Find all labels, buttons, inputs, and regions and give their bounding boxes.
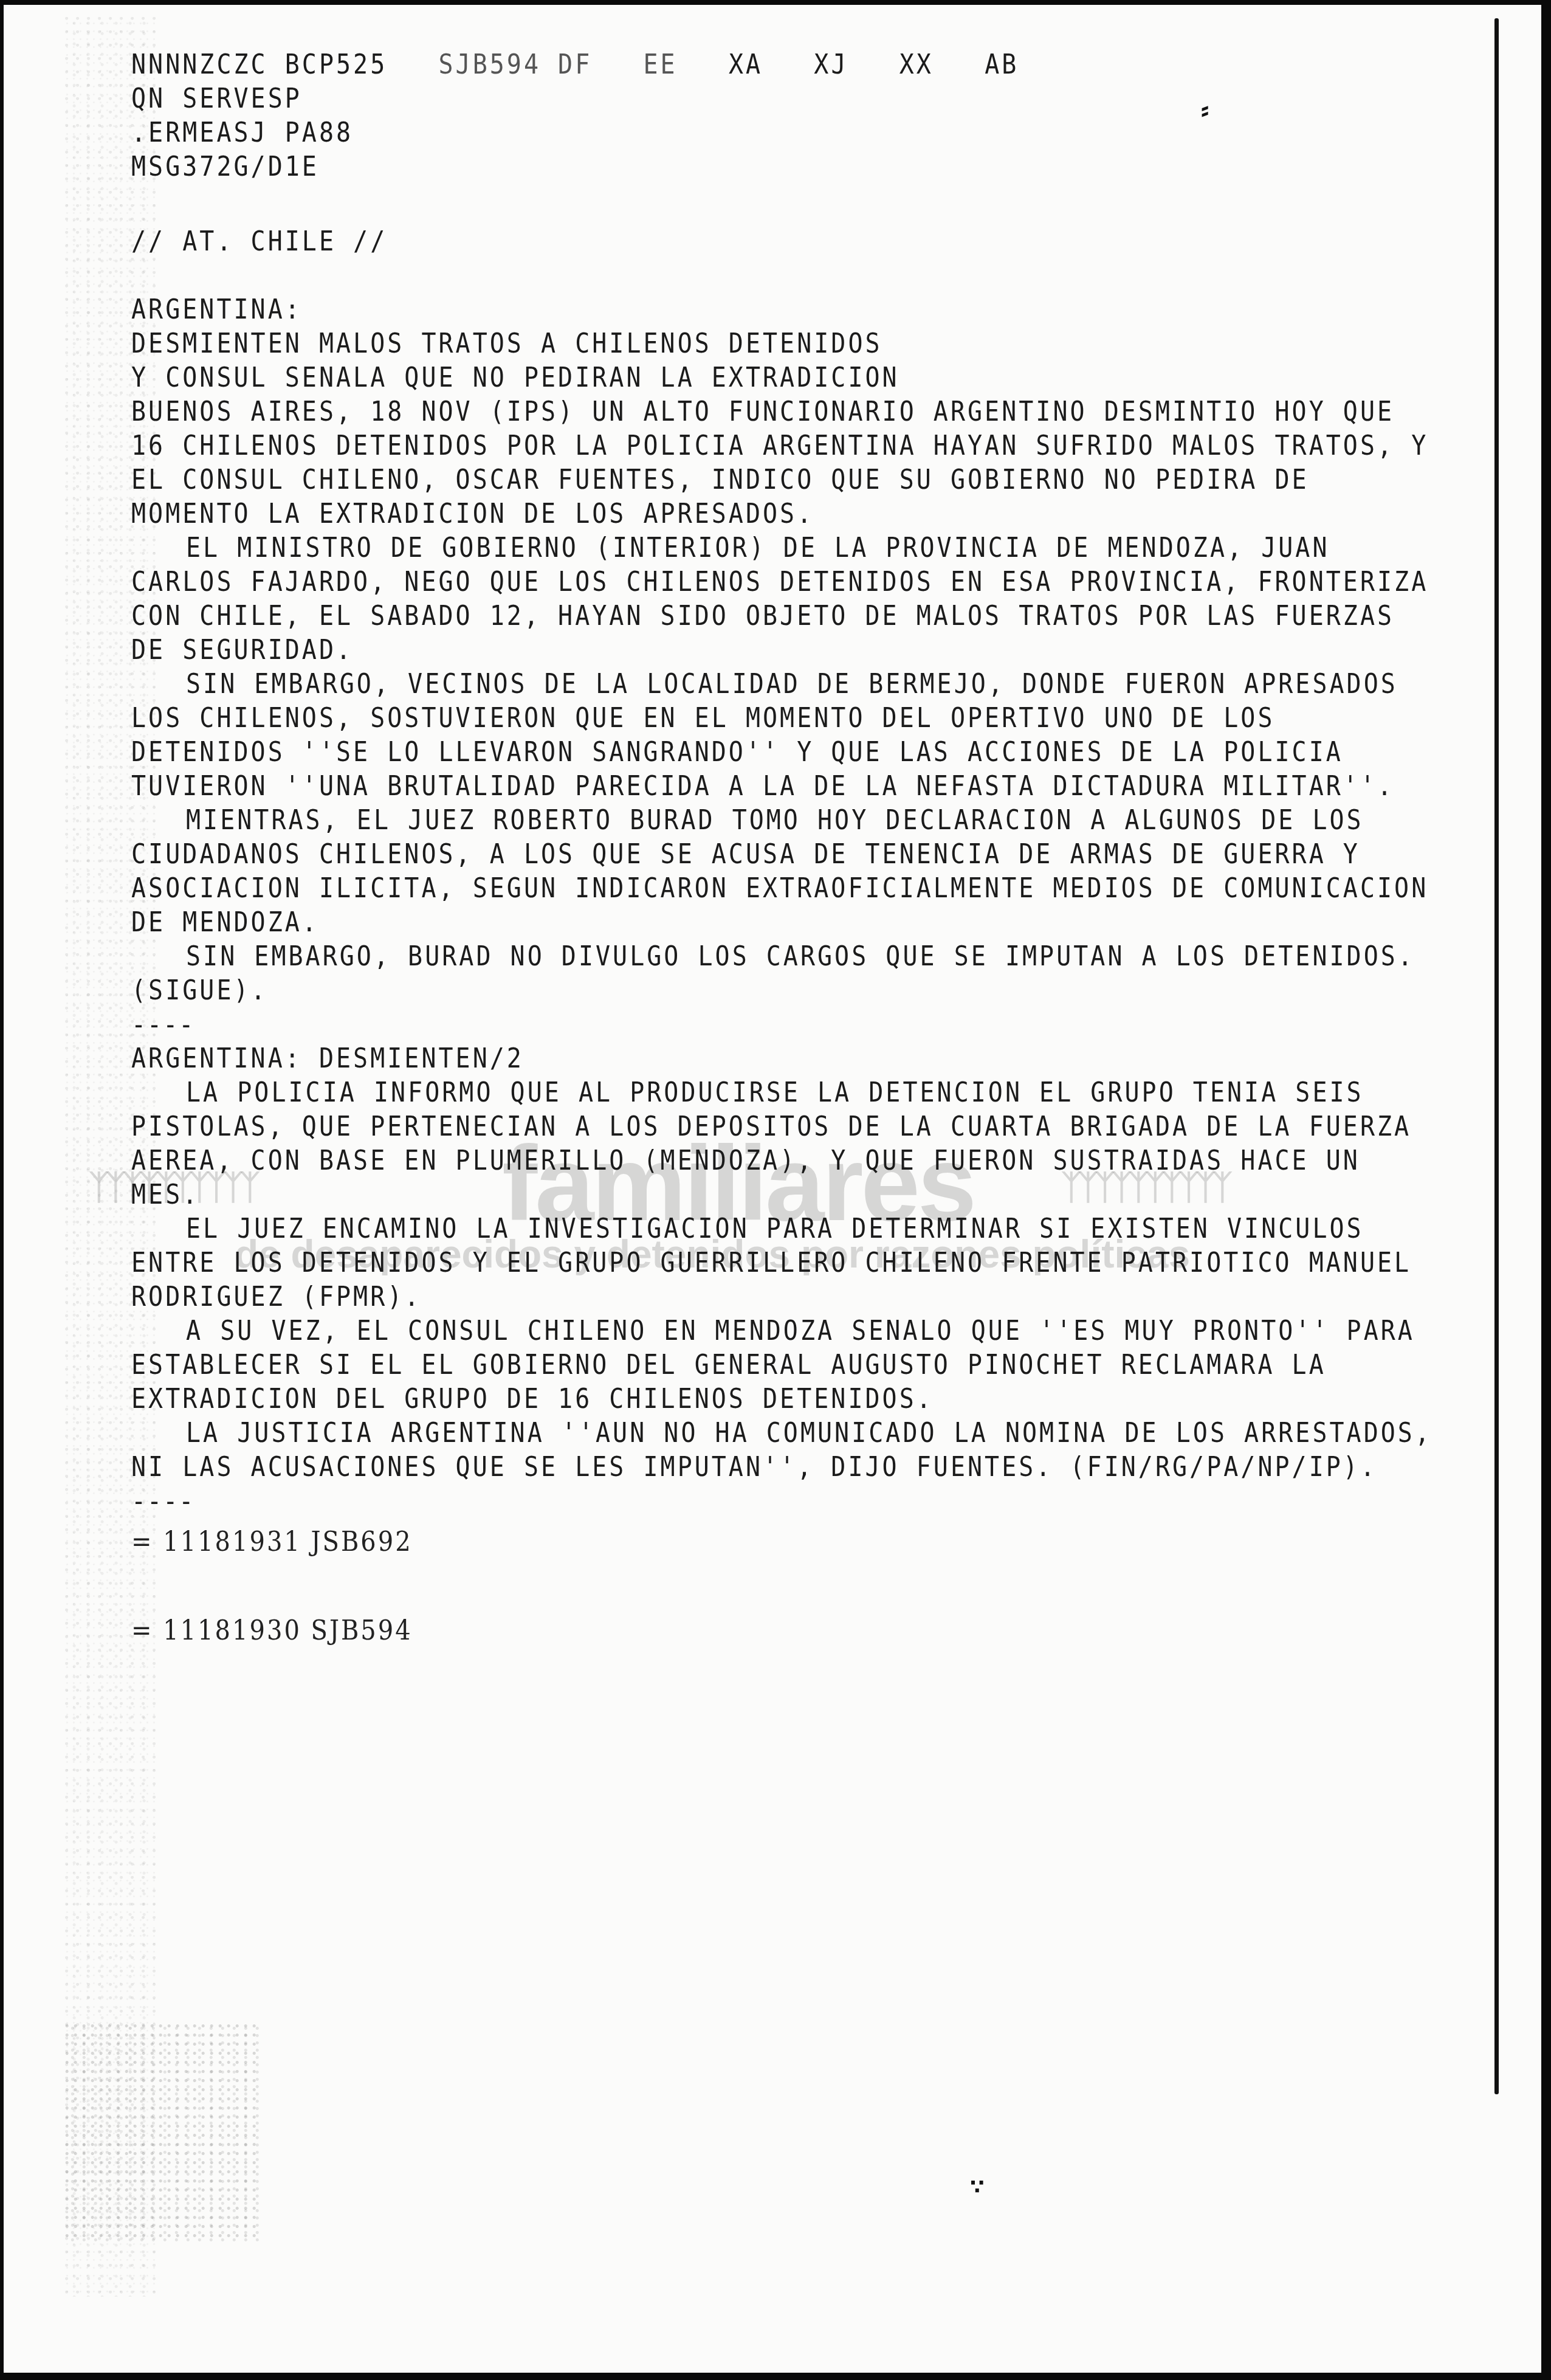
teletype-message: NNNNZCZC BCP525 SJB594 DF EE XA XJ XX AB… <box>131 47 1438 1647</box>
body-paragraph: SIN EMBARGO, VECINOS DE LA LOCALIDAD DE … <box>131 667 1438 803</box>
margin-rule <box>1494 18 1499 2094</box>
separator: ---- <box>131 1007 1438 1041</box>
body-paragraph: MIENTRAS, EL JUEZ ROBERTO BURAD TOMO HOY… <box>131 803 1438 939</box>
attention-line: // AT. CHILE // <box>131 224 1438 258</box>
routing-code: NNNNZCZC BCP525 <box>131 47 387 81</box>
routing-code: XA <box>729 47 763 81</box>
service-line: QN SERVESP <box>131 81 1438 116</box>
part2-slug: ARGENTINA: DESMIENTEN/2 <box>131 1041 1438 1075</box>
body-paragraph: SIN EMBARGO, BURAD NO DIVULGO LOS CARGOS… <box>131 939 1438 1007</box>
body-paragraph: LA JUSTICIA ARGENTINA ''AUN NO HA COMUNI… <box>131 1416 1438 1484</box>
body-paragraph: BUENOS AIRES, 18 NOV (IPS) UN ALTO FUNCI… <box>131 395 1438 531</box>
body-paragraph: EL JUEZ ENCAMINO LA INVESTIGACION PARA D… <box>131 1212 1438 1314</box>
transmission-code: = 11181930 SJB594 <box>131 1613 1438 1647</box>
separator: ---- <box>131 1484 1438 1518</box>
body-paragraph: LA POLICIA INFORMO QUE AL PRODUCIRSE LA … <box>131 1075 1438 1212</box>
routing-code: SJB594 DF <box>438 47 592 81</box>
document-page: ⸗ ∵ ᛉᛉᛉᛉᛉᛉᛉᛉᛉᛉ familiares ᛉᛉᛉᛉᛉᛉᛉᛉᛉᛉ de … <box>4 5 1541 2373</box>
origin-line: .ERMEASJ PA88 <box>131 116 1438 150</box>
routing-code: EE <box>643 47 677 81</box>
toner-smudge <box>64 2023 259 2242</box>
message-id: MSG372G/D1E <box>131 150 1438 184</box>
headline-line: Y CONSUL SENALA QUE NO PEDIRAN LA EXTRAD… <box>131 360 1438 395</box>
routing-code: AB <box>985 47 1019 81</box>
routing-line: NNNNZCZC BCP525 SJB594 DF EE XA XJ XX AB <box>131 47 1438 81</box>
headline-line: DESMIENTEN MALOS TRATOS A CHILENOS DETEN… <box>131 326 1438 360</box>
body-paragraph: EL MINISTRO DE GOBIERNO (INTERIOR) DE LA… <box>131 531 1438 667</box>
body-paragraph: A SU VEZ, EL CONSUL CHILENO EN MENDOZA S… <box>131 1314 1438 1416</box>
routing-code: XX <box>899 47 934 81</box>
routing-code: XJ <box>814 47 848 81</box>
headline-country: ARGENTINA: <box>131 292 1438 326</box>
stray-mark-icon: ∵ <box>970 2175 985 2199</box>
headline: ARGENTINA: DESMIENTEN MALOS TRATOS A CHI… <box>131 292 1438 395</box>
transmission-code: = 11181931 JSB692 <box>131 1525 1438 1559</box>
